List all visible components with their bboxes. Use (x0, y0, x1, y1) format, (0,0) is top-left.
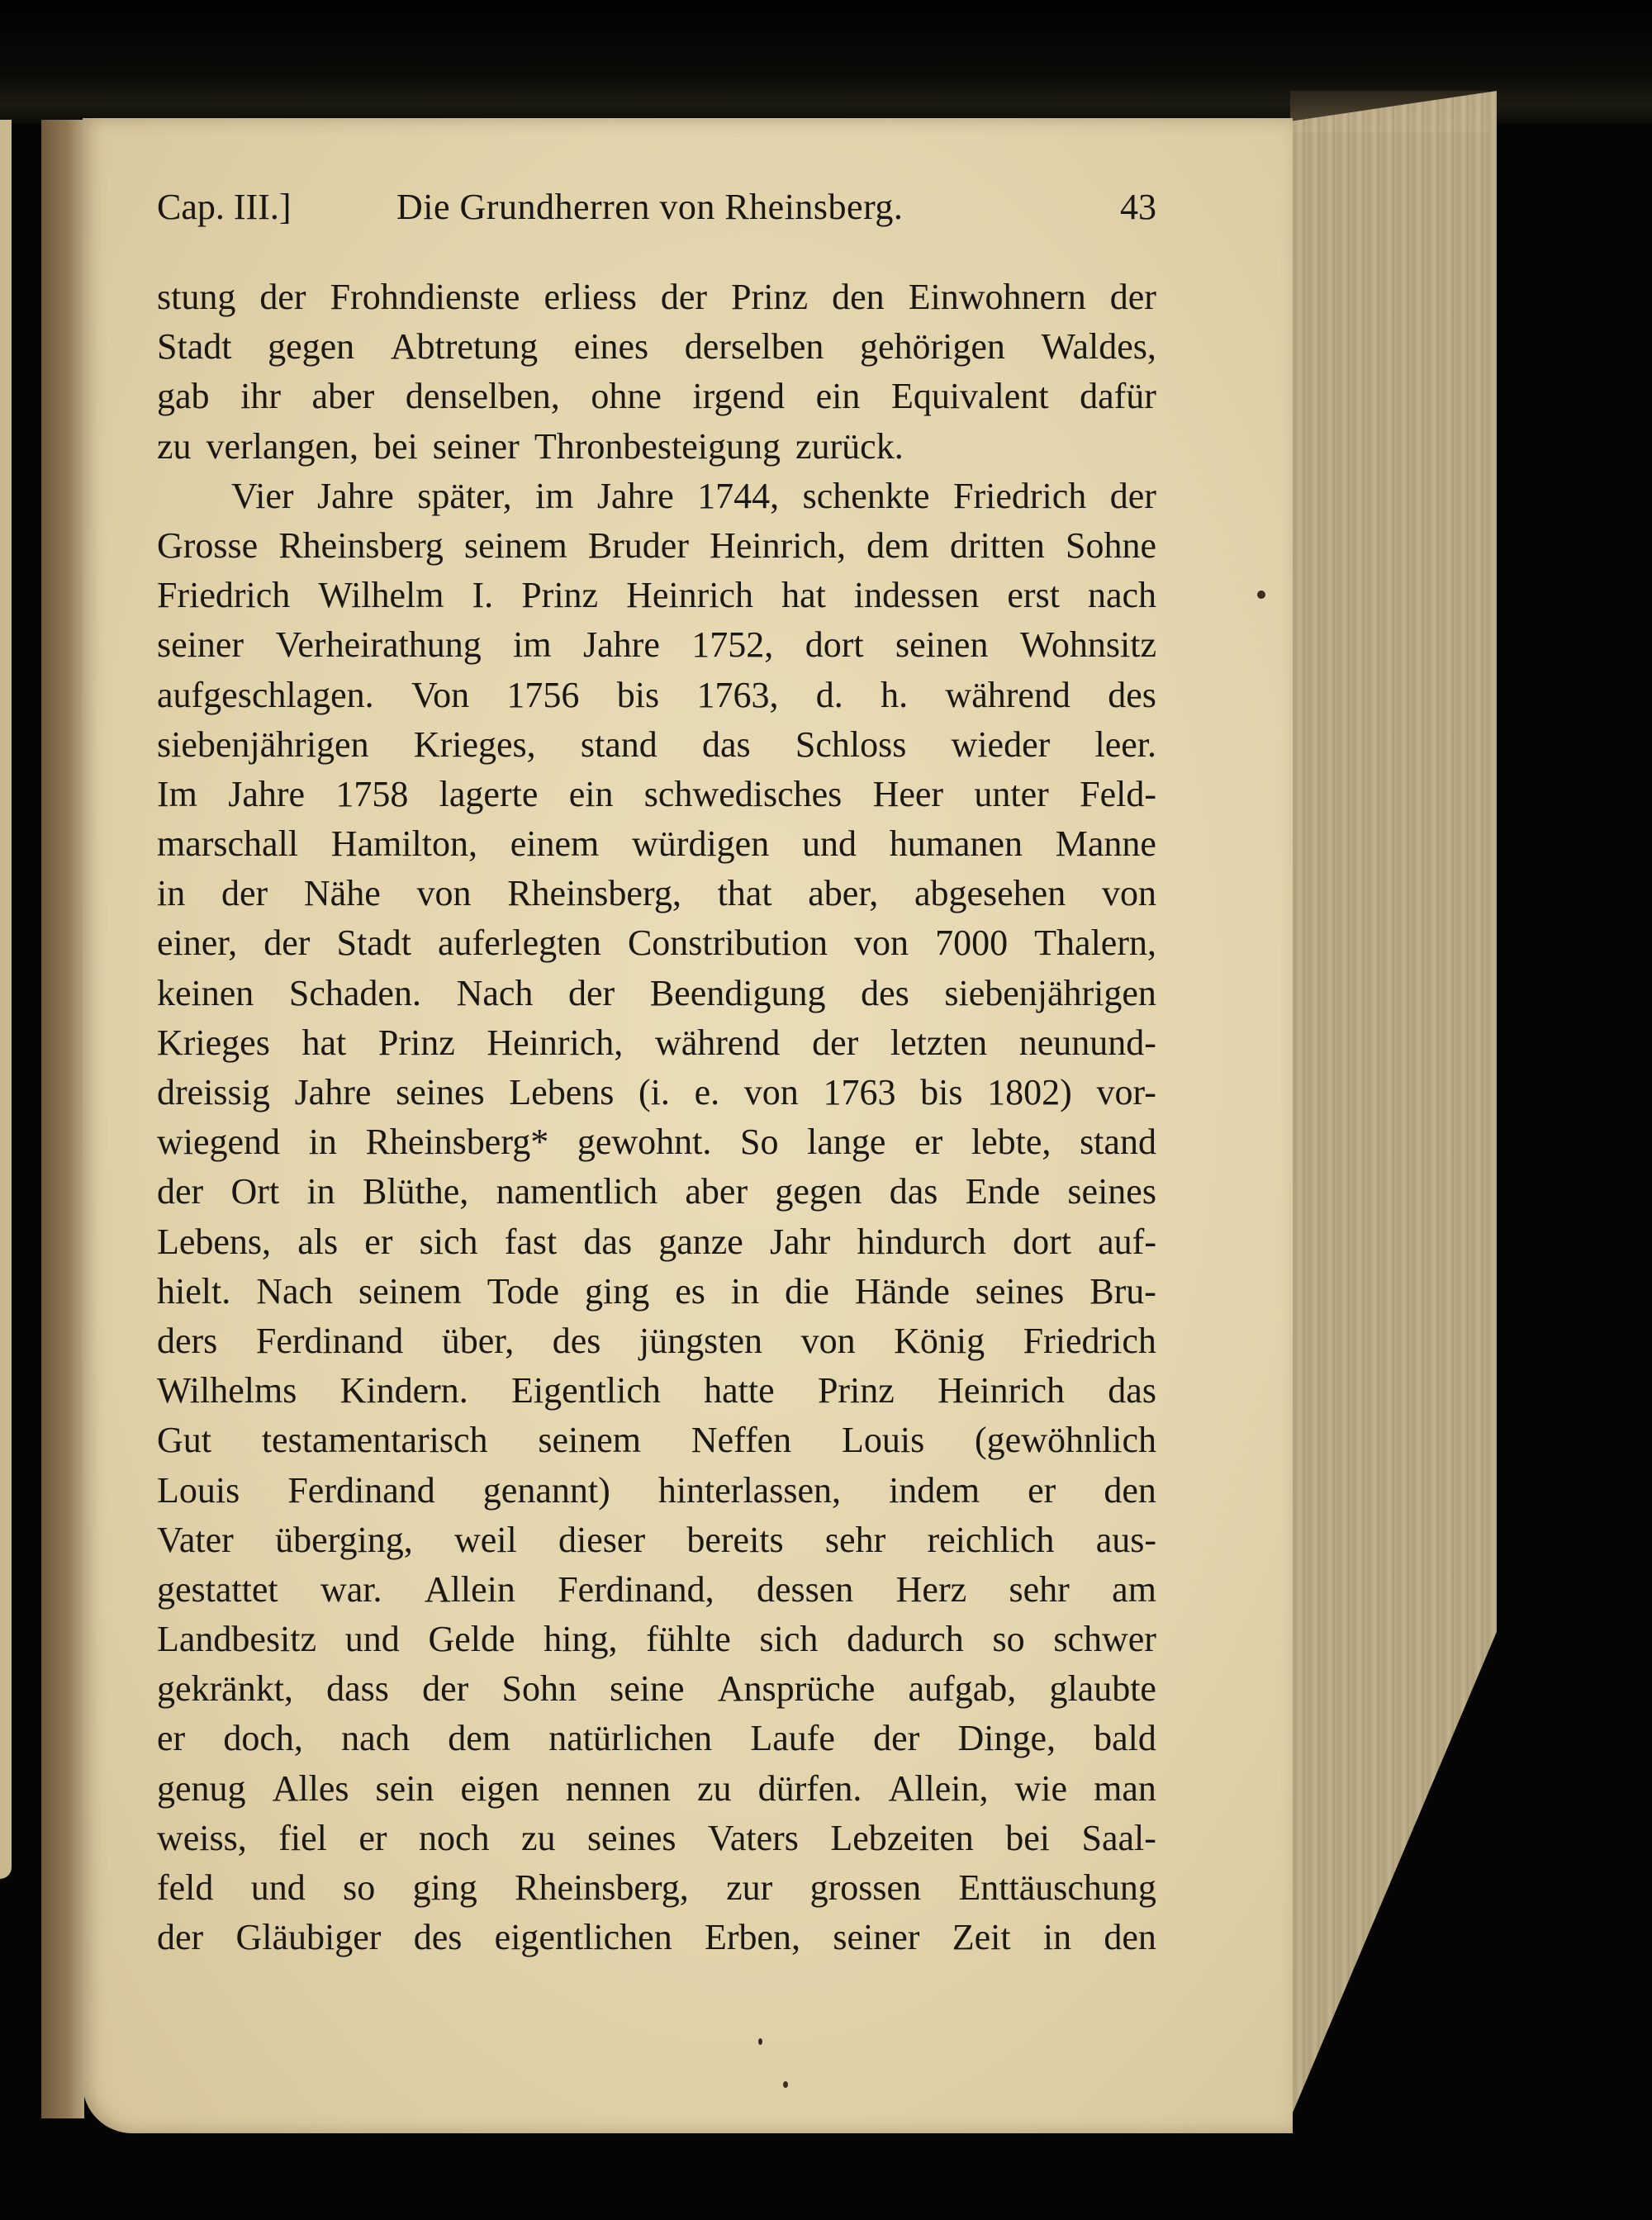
text-line: dreissigJahreseinesLebens(i.e.von1763bis… (157, 1068, 1156, 1117)
text-line: inderNähevonRheinsberg,thataber,abgesehe… (157, 869, 1156, 918)
text-line: erdoch,nachdemnatürlichenLaufederDinge,b… (157, 1714, 1156, 1763)
text-line: gestattetwar.AlleinFerdinand,dessenHerzs… (157, 1565, 1156, 1615)
chapter-label: Cap. III.] (157, 186, 292, 228)
text-line: keinenSchaden.NachderBeendigungdessieben… (157, 969, 1156, 1018)
text-line: LouisFerdinandgenannt)hinterlassen,indem… (157, 1466, 1156, 1516)
text-line: seinerVerheirathungimJahre1752,dortseine… (157, 620, 1156, 670)
text-line: StadtgegenAbtretungeinesderselbengehörig… (157, 322, 1156, 372)
text-line: wiegendinRheinsberg*gewohnt.Solangeerleb… (157, 1117, 1156, 1167)
text-line: VierJahrespäter,imJahre1744,schenkteFrie… (157, 472, 1156, 521)
text-line: genugAllesseineigennennenzudürfen.Allein… (157, 1764, 1156, 1814)
text-line: hielt.NachseinemTodegingesindieHändesein… (157, 1267, 1156, 1316)
paper-blemish (1257, 591, 1265, 599)
text-line: weiss,fielernochzuseinesVatersLebzeitenb… (157, 1814, 1156, 1863)
body-text: stungderFrohndiensteerliessderPrinzdenEi… (157, 273, 1156, 1962)
text-line: KriegeshatPrinzHeinrich,währendderletzte… (157, 1018, 1156, 1068)
facing-page-edge (0, 120, 12, 1879)
text-line: Vaterüberging,weildieserbereitssehrreich… (157, 1516, 1156, 1565)
text-line: feldundsogingRheinsberg,zurgrossenEnttäu… (157, 1863, 1156, 1913)
text-line: einer,derStadtauferlegtenConstributionvo… (157, 918, 1156, 968)
page-fore-edge (1290, 91, 1497, 2118)
text-line: GuttestamentarischseinemNeffenLouis(gewö… (157, 1416, 1156, 1465)
text-line: stungderFrohndiensteerliessderPrinzdenEi… (157, 273, 1156, 322)
page-number: 43 (1120, 186, 1156, 228)
text-line: FriedrichWilhelmI.PrinzHeinrichhatindess… (157, 571, 1156, 620)
text-line: zuverlangen,beiseinerThronbesteigungzurü… (157, 422, 1156, 472)
paper-blemish (758, 2038, 762, 2045)
text-line: WilhelmsKindern.EigentlichhattePrinzHein… (157, 1366, 1156, 1416)
running-title: Die Grundherren von Rheinsberg. (396, 186, 903, 228)
text-line: derGläubigerdeseigentlichenErben,seinerZ… (157, 1913, 1156, 1962)
paper-blemish (783, 2081, 788, 2088)
text-line: dersFerdinandüber,desjüngstenvonKönigFri… (157, 1316, 1156, 1366)
text-line: aufgeschlagen.Von1756bis1763,d.h.während… (157, 671, 1156, 720)
text-line: Lebens,alsersichfastdasganzeJahrhindurch… (157, 1217, 1156, 1267)
text-line: gekränkt,dassderSohnseineAnsprücheaufgab… (157, 1664, 1156, 1714)
text-line: LandbesitzundGeldehing,fühltesichdadurch… (157, 1615, 1156, 1664)
text-line: gabihraberdenselben,ohneirgendeinEquival… (157, 372, 1156, 421)
text-line: derOrtinBlüthe,namentlichabergegendasEnd… (157, 1167, 1156, 1217)
book-gutter (41, 120, 84, 2118)
text-line: GrosseRheinsbergseinemBruderHeinrich,dem… (157, 521, 1156, 571)
text-line: marschallHamilton,einemwürdigenundhumane… (157, 819, 1156, 869)
text-line: ImJahre1758lagerteeinschwedischesHeerunt… (157, 770, 1156, 819)
text-line: siebenjährigenKrieges,standdasSchlosswie… (157, 720, 1156, 770)
running-head: Cap. III.] Die Grundherren von Rheinsber… (157, 186, 1156, 235)
